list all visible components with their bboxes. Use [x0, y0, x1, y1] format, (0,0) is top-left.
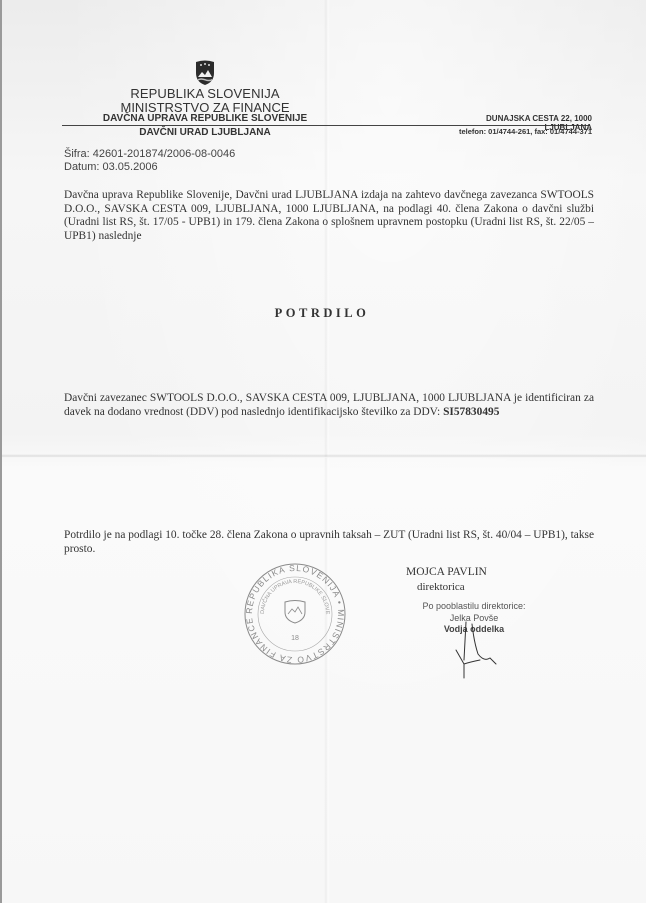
fold-crease-horizontal: [2, 454, 646, 458]
statement-text: Davčni zavezanec SWTOOLS D.O.O., SAVSKA …: [64, 392, 594, 418]
document-page: REPUBLIKA SLOVENIJA MINISTRSTVO ZA FINAN…: [0, 0, 646, 903]
document-title: POTRDILO: [202, 306, 442, 321]
intro-paragraph: Davčna uprava Republike Slovenije, Davčn…: [64, 189, 594, 243]
stamp-number: 18: [291, 635, 299, 642]
fee-note-paragraph: Potrdilo je na podlagi 10. točke 28. čle…: [64, 529, 594, 556]
letterhead-tax-administration: DAVČNA UPRAVA REPUBLIKE SLOVENIJE: [62, 113, 348, 124]
handwritten-signature: [450, 620, 510, 680]
reference-date: Datum: 03.05.2006: [64, 161, 158, 173]
letterhead-tax-office: DAVČNI URAD LJUBLJANA: [62, 127, 348, 138]
official-stamp: REPUBLIKA SLOVENIJA • MINISTRSTVO ZA FIN…: [240, 562, 350, 666]
signatory-role: direktorica: [417, 581, 465, 593]
vat-id: SI57830495: [443, 406, 499, 418]
reference-number: Šifra: 42601-201874/2006-08-0046: [64, 148, 235, 160]
letterhead-contact: telefon: 01/4744-261, fax: 01/4744-371: [442, 127, 592, 136]
statement-paragraph: Davčni zavezanec SWTOOLS D.O.O., SAVSKA …: [64, 392, 594, 419]
letterhead-republic: REPUBLIKA SLOVENIJA: [62, 86, 348, 101]
authorization-note: Po pooblastilu direktorice:: [414, 601, 534, 611]
signatory-name: MOJCA PAVLIN: [406, 566, 487, 578]
svg-text:REPUBLIKA SLOVENIJA • MINISTRS: REPUBLIKA SLOVENIJA • MINISTRSTVO ZA FIN…: [240, 562, 346, 665]
stamp-outer-text: REPUBLIKA SLOVENIJA • MINISTRSTVO ZA FIN…: [240, 562, 346, 665]
slovenia-coat-of-arms-icon: [194, 59, 216, 86]
